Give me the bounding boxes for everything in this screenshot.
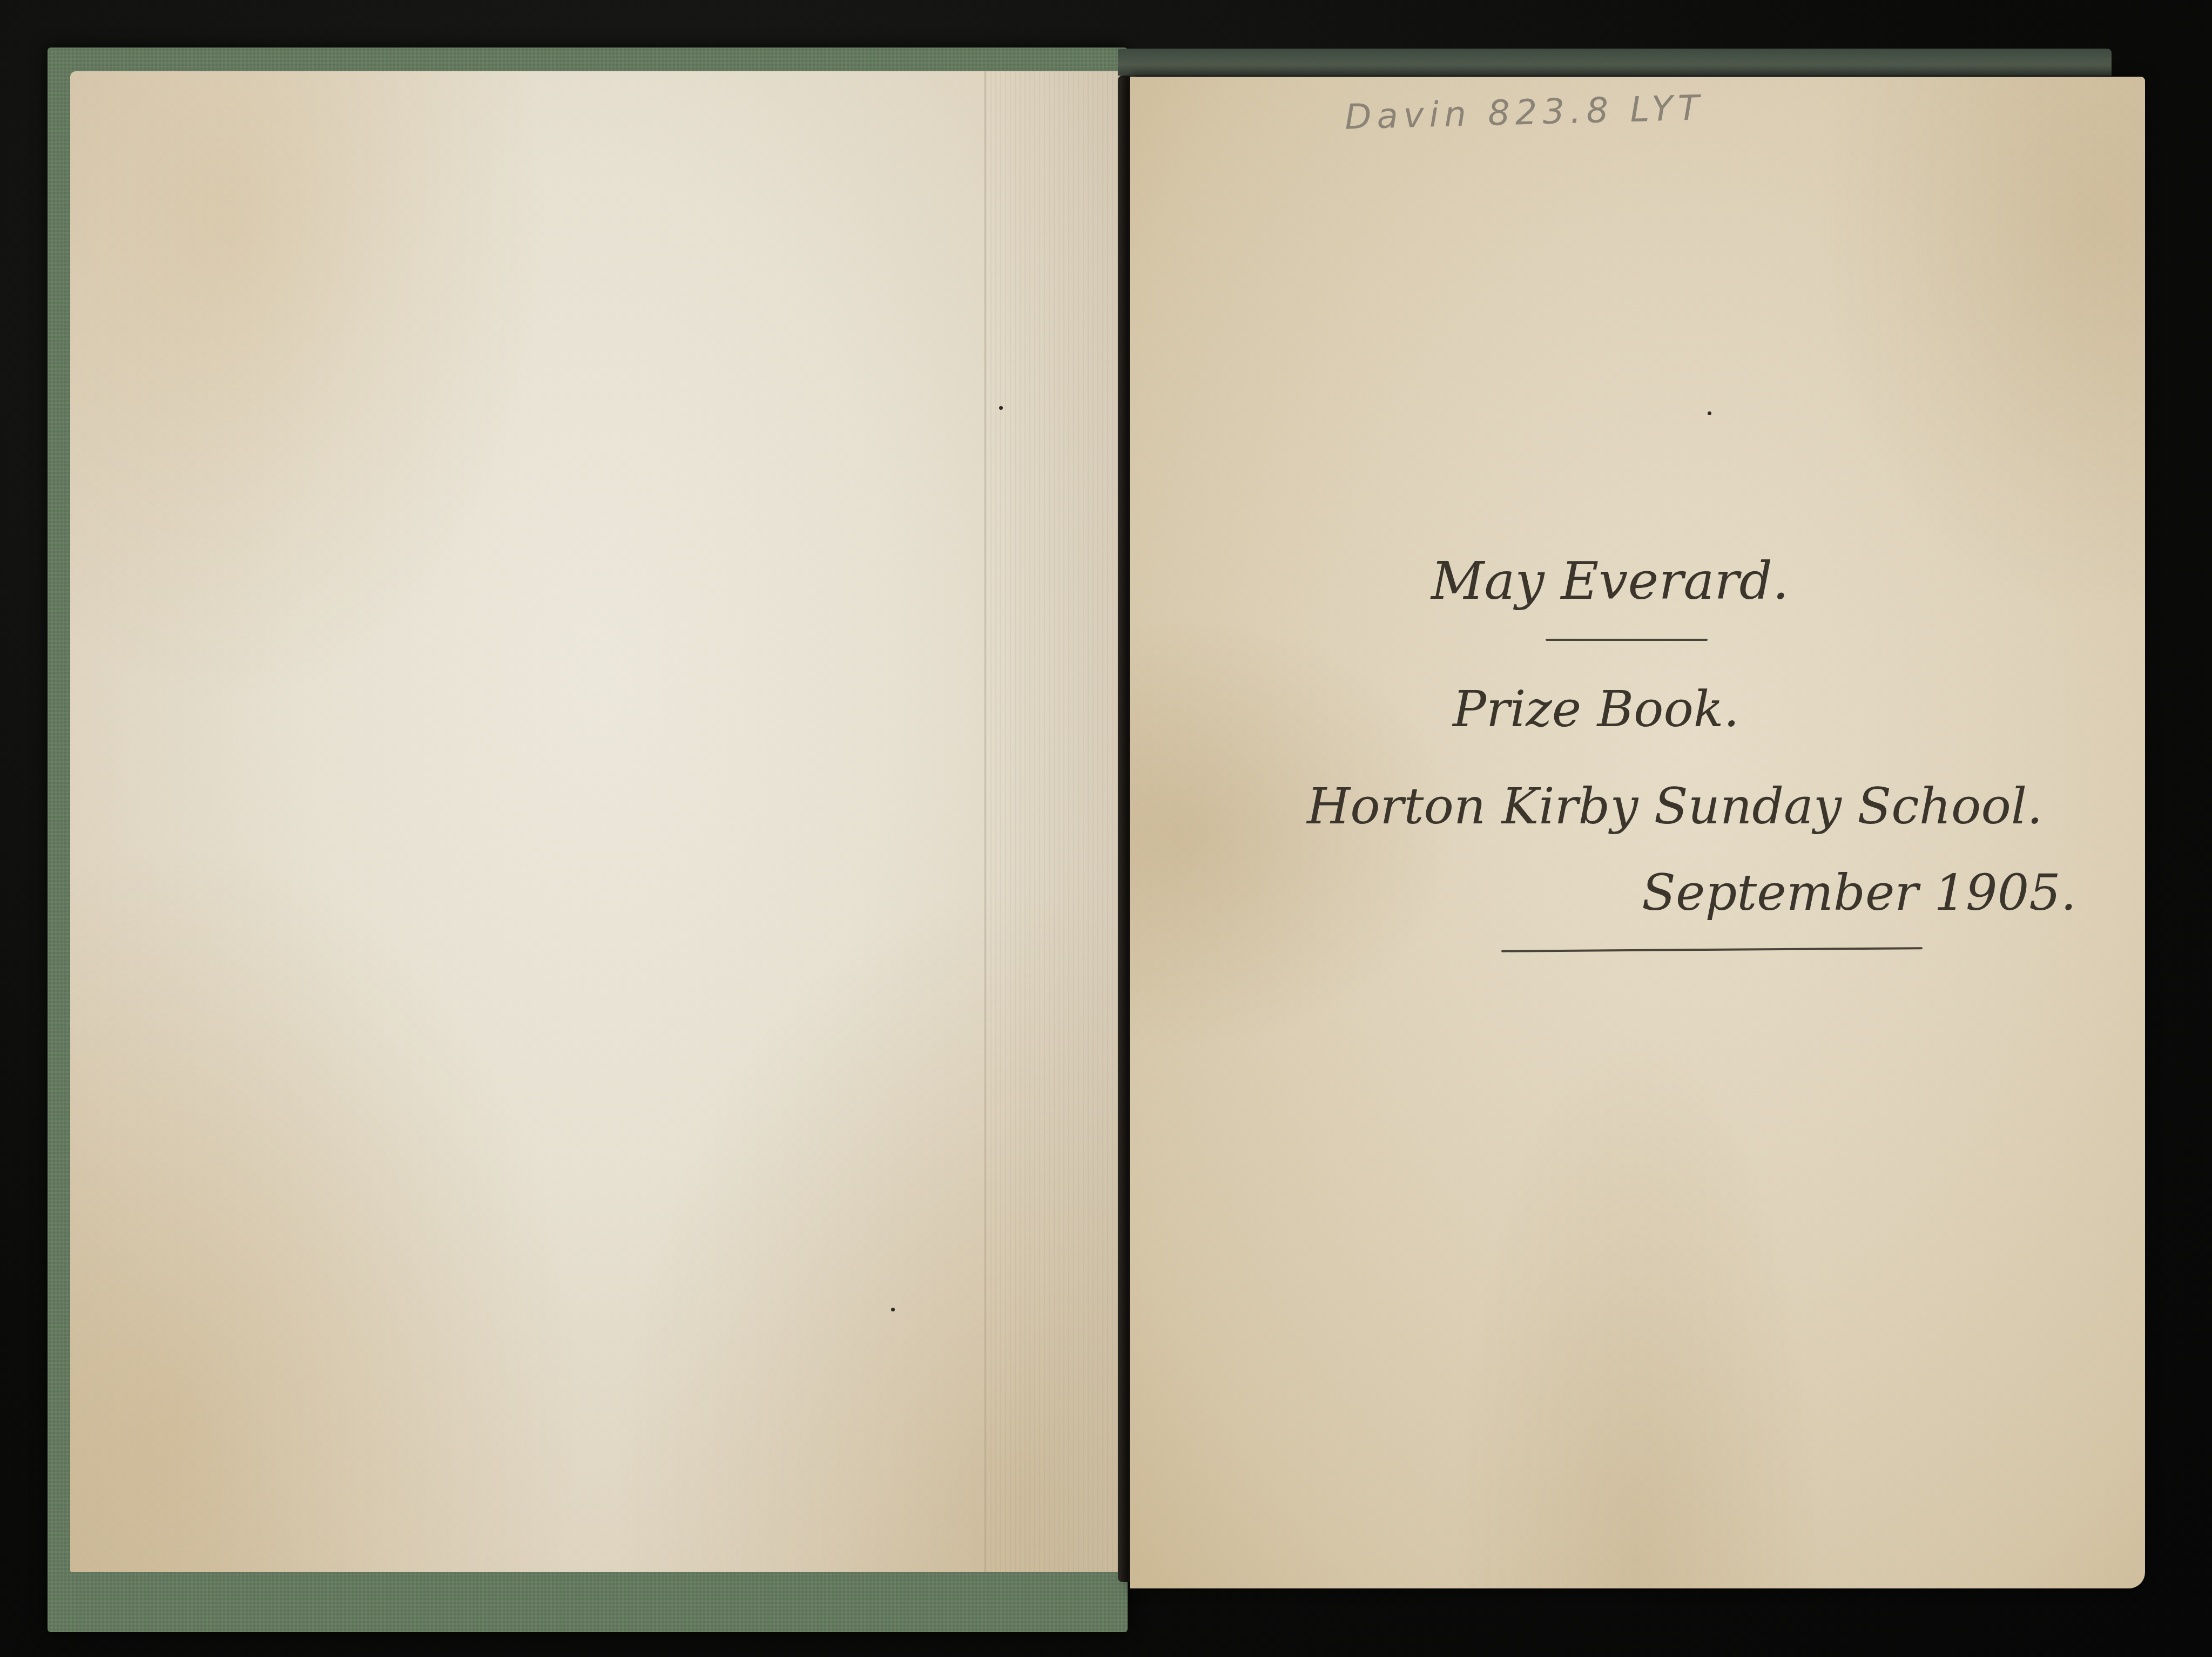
paper-speck bbox=[891, 1308, 895, 1311]
inscription-institution: Horton Kirby Sunday School. bbox=[1307, 777, 2042, 835]
inscription-title: Prize Book. bbox=[1453, 680, 1739, 738]
paper-speck bbox=[999, 406, 1003, 410]
spine-cloth-edge bbox=[1118, 49, 2112, 76]
inscription-date: September 1905. bbox=[1642, 864, 2076, 922]
paper-speck bbox=[1708, 411, 1711, 415]
pastedown-hinge bbox=[984, 71, 1126, 1572]
underline-rule bbox=[1546, 639, 1708, 641]
inscription-name: May Everard. bbox=[1431, 551, 1789, 611]
left-pastedown-page bbox=[70, 71, 1126, 1572]
foxing-stains bbox=[70, 71, 1126, 1572]
